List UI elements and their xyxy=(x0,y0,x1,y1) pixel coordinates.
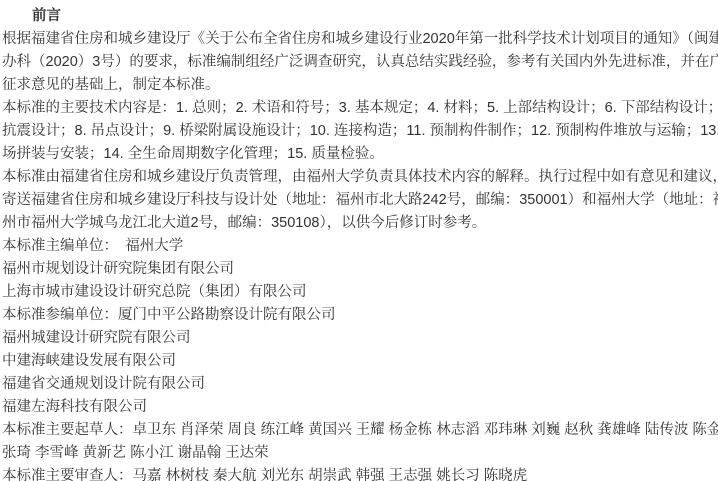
text-line: 寄送福建省住房和城乡建设厅科技与设计处（地址：福州市北大路242号，邮编：350… xyxy=(2,189,718,212)
text-line: 本标准由福建省住房和城乡建设厅负责管理，由福州大学负责具体技术内容的解释。执行过… xyxy=(2,166,718,189)
text-line: 福州城建设计研究院有限公司 xyxy=(2,327,718,350)
text-line: 福建省交通规划设计院有限公司 xyxy=(2,373,718,396)
text-line: 福建左海科技有限公司 xyxy=(2,396,718,419)
section-participating-units: 本标准参编单位：厦门中平公路勘察设计院有限公司 福州城建设计研究院有限公司 中建… xyxy=(2,304,718,419)
text-line: 上海市城市建设设计研究总院（集团）有限公司 xyxy=(2,281,718,304)
text-line: 根据福建省住房和城乡建设厅《关于公布全省住房和城乡建设行业2020年第一批科学技… xyxy=(2,28,718,51)
text-line: 中建海峡建设发展有限公司 xyxy=(2,350,718,373)
section-chief-editor-units: 本标准主编单位： 福州大学 福州市规划设计研究院集团有限公司 上海市城市建设设计… xyxy=(2,235,718,304)
text-line: 本标准主编单位： 福州大学 xyxy=(2,235,718,258)
section-basis: 根据福建省住房和城乡建设厅《关于公布全省住房和城乡建设行业2020年第一批科学技… xyxy=(2,28,718,97)
text-line: 州市福州大学城乌龙江北大道2号，邮编：350108），以供今后修订时参考。 xyxy=(2,212,718,235)
document-page: 前言 根据福建省住房和城乡建设厅《关于公布全省住房和城乡建设行业2020年第一批… xyxy=(0,0,718,481)
text-line: 福州市规划设计研究院集团有限公司 xyxy=(2,258,718,281)
text-line: 抗震设计；8. 吊点设计；9. 桥梁附属设施设计；10. 连接构造；11. 预制… xyxy=(2,120,718,143)
text-line: 本标准的主要技术内容是：1. 总则；2. 术语和符号；3. 基本规定；4. 材料… xyxy=(2,97,718,120)
text-line: 场拼装与安装；14. 全生命周期数字化管理；15. 质量检验。 xyxy=(2,143,718,166)
document-title: 前言 xyxy=(32,8,61,24)
section-drafters: 本标准主要起草人：卓卫东 肖泽荣 周良 练江峰 黄国兴 王耀 杨金栋 林志滔 邓… xyxy=(2,419,718,465)
text-line: 本标准主要起草人：卓卫东 肖泽荣 周良 练江峰 黄国兴 王耀 杨金栋 林志滔 邓… xyxy=(2,419,718,442)
preface-heading-row: 前言 xyxy=(2,5,718,28)
text-line: 本标准主要审查人：马嘉 林树枝 秦大航 刘光东 胡崇武 韩强 王志强 姚长习 陈… xyxy=(2,465,718,481)
text-line: 本标准参编单位：厦门中平公路勘察设计院有限公司 xyxy=(2,304,718,327)
text-line: 办科（2020）3号）的要求，标准编制组经广泛调查研究，认真总结实践经验，参考有… xyxy=(2,51,718,74)
section-management: 本标准由福建省住房和城乡建设厅负责管理，由福州大学负责具体技术内容的解释。执行过… xyxy=(2,166,718,235)
section-reviewers: 本标准主要审查人：马嘉 林树枝 秦大航 刘光东 胡崇武 韩强 王志强 姚长习 陈… xyxy=(2,465,718,481)
text-line: 征求意见的基础上，制定本标准。 xyxy=(2,74,718,97)
section-contents: 本标准的主要技术内容是：1. 总则；2. 术语和符号；3. 基本规定；4. 材料… xyxy=(2,97,718,166)
text-line: 张琦 李雪峰 黄新艺 陈小江 谢晶翰 王达荣 xyxy=(2,442,718,465)
